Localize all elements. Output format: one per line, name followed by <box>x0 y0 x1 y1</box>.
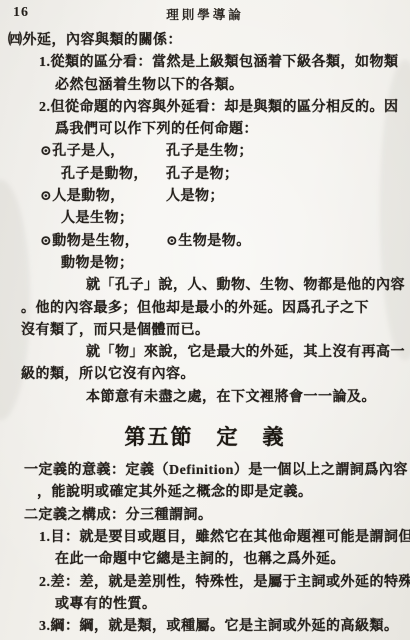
text-line: 級的類，所以它沒有內容。 <box>0 364 410 386</box>
proposition-left: ⊙人是動物， <box>40 186 166 208</box>
text-line: 二定義之構成：分三種謂詞。 <box>0 505 410 527</box>
text-line: 爲我們可以作下列的任何命題： <box>0 119 410 141</box>
text-line: 。他的內容最多；但他却是最小的外延。因爲孔子之下 <box>0 298 410 320</box>
proposition-row: ⊙孔子是人，孔子是生物； <box>0 141 410 163</box>
page-body: ㈣外延，內容與類的關係：1.從類的區分看：當然是上級類包涵着下級各類，如物類必然… <box>0 30 410 638</box>
text-line: 3.綱：綱，就是類，或種屬。它是主詞或外延的高級類。 <box>0 616 410 638</box>
proposition-left: ⊙孔子是人， <box>40 141 166 163</box>
text-line: 或專有的性質。 <box>0 594 410 616</box>
text-line: 在此一命題中它總是主詞的，也稱之爲外延。 <box>0 549 410 571</box>
proposition-right: 孔子是生物； <box>166 141 253 163</box>
text-line: 就「孔子」說，人、動物、生物、物都是他的內容 <box>0 275 410 297</box>
proposition-left: 孔子是動物， <box>40 164 166 186</box>
text-line: 1.目：就是要目或題目，雖然它在其他命題裡可能是謂詞但 <box>0 527 410 549</box>
proposition-left: 動物是物； <box>40 253 166 275</box>
proposition-right: ⊙生物是物。 <box>166 231 251 253</box>
text-line: 一定義的意義：定義（Definition）是一個以上之謂詞爲內容 <box>0 460 410 482</box>
text-line: 2.但從命題的內容與外延看：却是與類的區分相反的。因 <box>0 97 410 119</box>
proposition-row: ⊙人是動物，人是物； <box>0 186 410 208</box>
text-line: 沒有類了，而只是個體而已。 <box>0 320 410 342</box>
proposition-left: 人是生物； <box>40 208 166 230</box>
proposition-right: 孔子是物； <box>166 164 239 186</box>
scanned-book-page: 16 理則學導論 ㈣外延，內容與類的關係：1.從類的區分看：當然是上級類包涵着下… <box>0 0 410 640</box>
proposition-row: 動物是物； <box>0 253 410 275</box>
proposition-row: ⊙動物是生物，⊙生物是物。 <box>0 231 410 253</box>
running-title: 理則學導論 <box>0 5 410 23</box>
text-line: ㈣外延，內容與類的關係： <box>0 30 410 52</box>
text-line: ，能說明或確定其外延之概念的即是定義。 <box>0 482 410 504</box>
text-line: 必然包涵着生物以下的各類。 <box>0 75 410 97</box>
text-line: 1.從類的區分看：當然是上級類包涵着下級各類，如物類 <box>0 52 410 74</box>
text-line: 2.差：差，就是差別性，特殊性，是屬于主詞或外延的特殊 <box>0 572 410 594</box>
proposition-row: 人是生物； <box>0 208 410 230</box>
proposition-left: ⊙動物是生物， <box>40 231 166 253</box>
proposition-right: 人是物； <box>166 186 224 208</box>
text-line: 就「物」來說，它是最大的外延，其上沒有再高一 <box>0 342 410 364</box>
text-line: 本節意有未盡之處，在下文裡將會一一論及。 <box>0 387 410 409</box>
section-title: 第五節 定 義 <box>0 409 410 460</box>
proposition-row: 孔子是動物，孔子是物； <box>0 164 410 186</box>
